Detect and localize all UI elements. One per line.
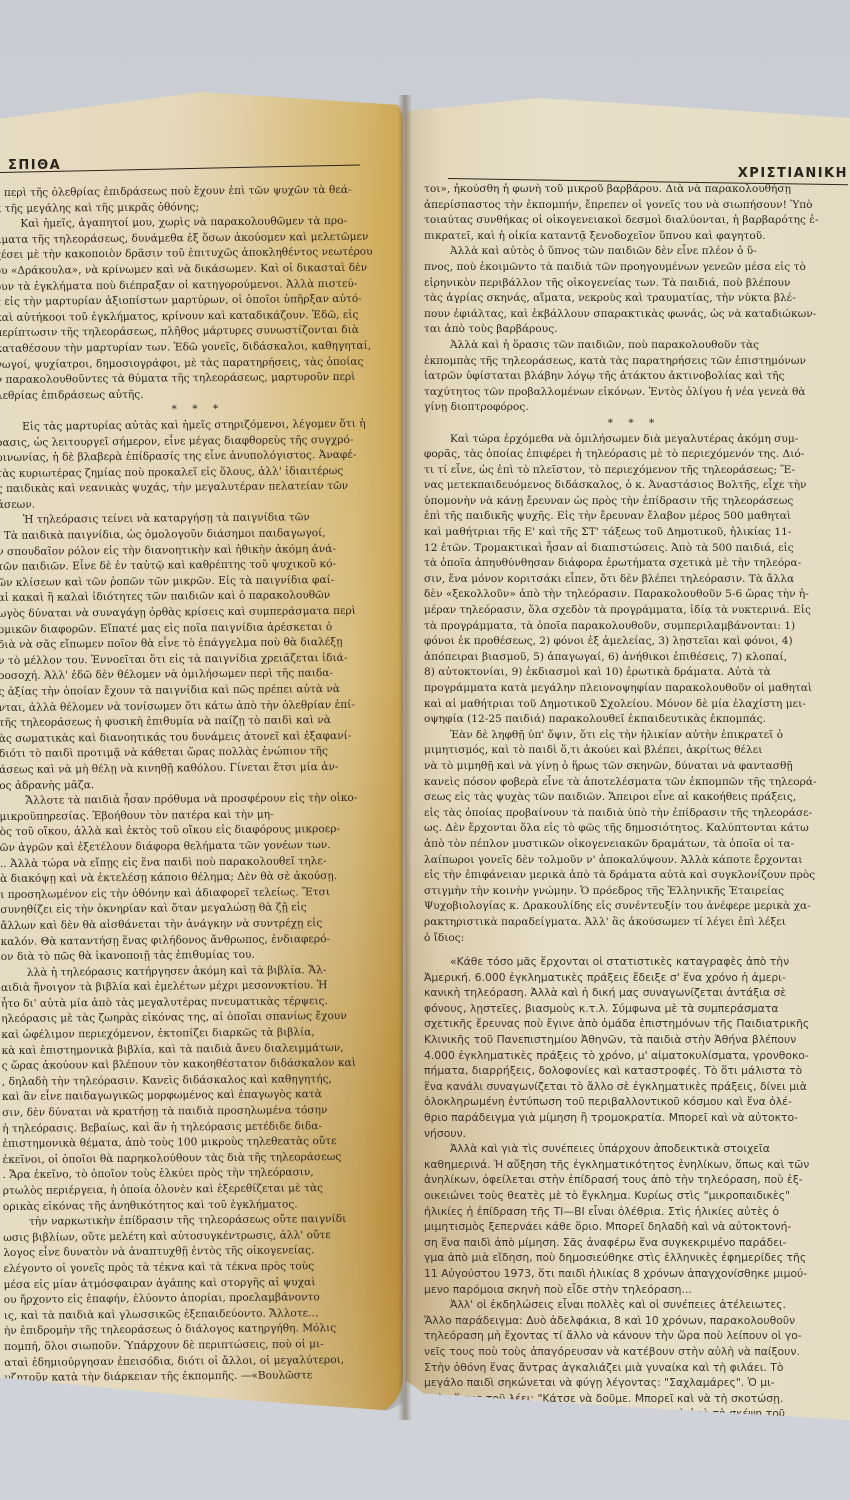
spine-gutter	[398, 95, 412, 1420]
text-line: ἐπὶ τῆς παιδικῆς ψυχῆς. Εἰς τὴν ἔρευναν …	[424, 509, 844, 525]
text-line: Ἀλλὰ καὶ αὐτὸς ὁ ὕπνος τῶν παιδιῶν δὲν ε…	[424, 244, 844, 260]
text-line: Κλινικῆς τοῦ Πανεπιστημίου Ἀθηνῶν, τὰ πα…	[424, 1032, 844, 1048]
text-line: ἀπὸ τὸν πέπλον μυστικῶν οἰκογενειακῶν δρ…	[424, 837, 844, 853]
text-line: εἰς τὴν ἐπιφάνειαν μερικὰ ἀπὸ τὰ δράματα…	[424, 868, 844, 884]
text-line: Ἄλλο παράδειγμα: Δυὸ ἀδελφάκια, 8 καὶ 10…	[424, 1313, 844, 1329]
text-line: φόνοι ἐκ προθέσεως, 2) φόνοι ἐξ ἀμελείας…	[424, 634, 844, 650]
right-page-body: τοι», ἠκούσθη ἡ φωνὴ τοῦ μικροῦ βαρβάρου…	[424, 182, 844, 1420]
section-divider: * * *	[424, 416, 844, 432]
text-line: «Κάθε τόσο μᾶς ἔρχονται οἱ στατιστικὲς κ…	[424, 954, 844, 970]
text-line: ὁλοκληρωμένη ἐντύπωση τοῦ περιβαλλοντικο…	[424, 1094, 844, 1110]
text-line: Ἀμερική. 6.000 ἐγκληματικὲς πράξεις ἔδει…	[424, 970, 844, 986]
text-line: κανεὶς πόσον φοβερὰ εἶνε τὰ ἀποτελέσματα…	[424, 775, 844, 791]
text-line: νεῖς τους ποὺ τοὺς ἀπαγόρευσαν νὰ κατέβο…	[424, 1344, 844, 1360]
text-line: δὲν «ξεκολλοῦν» ἀπὸ τὴν τηλεόρασιν. Παρα…	[424, 587, 844, 603]
text-line: τοι», ἠκούσθη ἡ φωνὴ τοῦ μικροῦ βαρβάρου…	[424, 182, 844, 198]
text-line: πικρατεῖ, καὶ ἡ οἰκία καταντᾷ ξενοδοχεῖο…	[424, 229, 844, 245]
text-line: Καὶ τώρα ἐρχόμεθα νὰ ὁμιλήσωμεν διὰ μεγα…	[424, 432, 844, 448]
left-page: ΣΠΙΘΑ ν περὶ τῆς ὀλεθρίας ἐπιδράσεως ποὺ…	[0, 92, 403, 1417]
text-line: λαίπωροι γονεῖς δὲν τολμοῦν ν' ἀποκαλύψο…	[424, 853, 844, 869]
text-line: φόνους, λῃστεῖες, βιασμοὺς κ.τ.λ. Σύμφων…	[424, 1001, 844, 1017]
text-line: τι τί εἶνε, ὡς ἐπὶ τὸ πλεῖστον, τὸ περιε…	[424, 463, 844, 479]
text-line: νήσουν.	[424, 1126, 844, 1142]
text-line: σιν, ἕνα μόνον κοριτσάκι εἶπεν, ὅτι δὲν …	[424, 572, 844, 588]
text-line: Ψυχοβιολογίας κ. Δρακουλίδης εἰς συνέντε…	[424, 899, 844, 915]
text-line: ἀπερίσπαστος τὴν ἐκπομπήν, ἔπρεπεν οἱ γο…	[424, 198, 844, 214]
text-line: ση ἕνα παιδὶ ἀπὸ μίμηση. Σᾶς ἀναφέρω ἕνα…	[424, 1235, 844, 1251]
text-line: μεγάλο παιδὶ σηκώνεται νὰ φύγῃ λέγοντας:…	[424, 1375, 844, 1391]
text-line: μέραν τηλεόρασιν, ὅλα σχεδὸν τὰ προγράμμ…	[424, 603, 844, 619]
text-line: 8) αὐτοκτονίαι, 9) ἐκδιασμοὶ καὶ 10) ἐρω…	[424, 665, 844, 681]
text-line: νας μετεκπαιδευόμενος διδάσκαλος, ὁ κ. Ἀ…	[424, 478, 844, 494]
text-line: σχετικῆς ἔρευνας ποὺ ἔγινε ἀπὸ ὁμάδα ἐπι…	[424, 1016, 844, 1032]
text-line: Ἀλλ' οἱ ἐκδηλώσεις εἶναι πολλὲς καὶ οἱ σ…	[424, 1297, 844, 1313]
text-line: 11 Αὐγούστου 1973, ὅτι παιδὶ ἡλικίας 8 χ…	[424, 1266, 844, 1282]
text-line: μενο παρόμοια σκηνὴ ποὺ εἶδε στὴν τηλεόρ…	[424, 1282, 844, 1298]
right-page: ΧΡΙΣΤΙΑΝΙΚΗ τοι», ἠκούσθη ἡ φωνὴ τοῦ μικ…	[406, 98, 850, 1420]
text-line: πήματα, διαρρήξεις, δολοφονίες καὶ κατασ…	[424, 1063, 844, 1079]
text-line: ὑπομονὴν νὰ κάνῃ ἔρευναν ὡς πρὸς τὴν ἐπί…	[424, 494, 844, 510]
text-line: τὰ προγράμματα, τὰ ὁποῖα παρακολουθοῦν, …	[424, 619, 844, 635]
text-line: τὰς ἀγρίας σκηνάς, αἵματα, νεκροὺς καὶ τ…	[424, 291, 844, 307]
text-line: μιμητισμός, καὶ τὸ παιδὶ ὅ,τι ἀκούει καὶ…	[424, 743, 844, 759]
text-line: τὰ ὁποῖα ἀπηυθύνθησαν διάφορα ἐρωτήματα …	[424, 556, 844, 572]
text-line: εἰς τὰς ὁποίας προβαίνουν τὰ παιδιὰ ὑπὸ …	[424, 806, 844, 822]
text-line: καὶ αἱ μαθήτριαι τοῦ Δημοτικοῦ Σχολείου.…	[424, 697, 844, 713]
text-line: προγράμματα κατὰ μεγάλην πλειονοψηφίαν π…	[424, 681, 844, 697]
text-line: εἰρηνικὸν περιβάλλον τῆς οἰκογενείας των…	[424, 276, 844, 292]
left-page-body: ν περὶ τῆς ὀλεθρίας ἐπιδράσεως ποὺ ἔχουν…	[0, 182, 403, 1386]
text-line: νὰ τὸ μιμηθῇ καὶ νὰ γίνῃ ὁ ἥρως τῶν σκην…	[424, 759, 844, 775]
text-line: ἡλικίες ἡ ἐπίδραση τῆς ΤΙ—ΒΙ εἶναι ὀλέθρ…	[424, 1204, 844, 1220]
text-line: πνος, ποὺ ἐκοιμῶντο τὰ παιδιὰ τῶν προηγο…	[424, 260, 844, 276]
text-line: ἐκπομπὰς τῆς τηλεοράσεως, κατὰ τὰς παρατ…	[424, 354, 844, 370]
text-line: θριο παράδειγμα γιὰ μίμηση ἢ τρομοκρατία…	[424, 1110, 844, 1126]
quote-spacer	[424, 946, 844, 954]
text-line: οψηφία (12-25 παιδιά) παρακολουθεῖ ἐκπαι…	[424, 712, 844, 728]
text-line: Στὴν ὀθόνη ἕνας ἄντρας ἀγκαλιάζει μιὰ γυ…	[424, 1360, 844, 1376]
text-line: ρακτηριστικὰ παραδείγματα. Ἀλλ' ἂς ἀκούσ…	[424, 915, 844, 931]
running-head-right: ΧΡΙΣΤΙΑΝΙΚΗ	[738, 166, 848, 181]
text-line: φορᾶς, τὰς ὁποίας ἐπιφέρει ἡ τηλεόρασις …	[424, 447, 844, 463]
text-line: υζητοῦν κατὰ τὴν διάρκειαν τῆς ἐκπομπῆς.…	[4, 1368, 403, 1387]
text-line: ἰατρῶν ὑφίσταται βλάβην λόγῳ τῆς ἀτάκτου…	[424, 369, 844, 385]
text-line: στιγμὴν τὴν κοινὴν γνώμην. Ὁ πρόεδρος τῆ…	[424, 884, 844, 900]
text-line: ἕνα κανάλι συναγωνίζεται τὸ ἄλλο σὲ ἐγκλ…	[424, 1079, 844, 1095]
text-line: καὶ μαθήτριαι τῆς Ε' καὶ τῆς ΣΤ' τάξεως …	[424, 525, 844, 541]
text-line: τηλεόραση μὴ ἔχοντας τί ἄλλο νὰ κάνουν τ…	[424, 1328, 844, 1344]
text-line: 4.000 ἐγκληματικὲς πράξεις τὸ χρόνο, μ' …	[424, 1048, 844, 1064]
text-line: οικειώνει τοὺς θεατὲς μὲ τὸ ἔγκλημα. Κυρ…	[424, 1188, 844, 1204]
text-line: ται ἀπὸ τοὺς βαρβάρους.	[424, 322, 844, 338]
text-line: κρὸς ὅμως τοῦ λέει: "Κάτσε νὰ δοῦμε. Μπο…	[424, 1391, 844, 1407]
text-line: ἀνηλίκων, ὀφείλεται στὴν ἐπίδρασή τους ἀ…	[424, 1172, 844, 1188]
text-line: Ἀλλὰ καὶ ἡ ὅρασις τῶν παιδιῶν, ποὺ παρακ…	[424, 338, 844, 354]
text-line: γίνῃ διοπτροφόρος.	[424, 400, 844, 416]
text-line: πουν ἐφιάλτας, καὶ ἐκβάλλουν σπαρακτικὰς…	[424, 307, 844, 323]
text-line: ως. Δὲν ἔρχονται ὅλα εἰς τὸ φῶς τῆς δημο…	[424, 821, 844, 837]
text-line: ἀπόπειραι βιασμοῦ, 5) ἀπαγωγαί, 6) ἀνήθι…	[424, 650, 844, 666]
text-line: μιμητισμὸς ξεπερνάει κάθε ὅριο. Μπορεῖ δ…	[424, 1219, 844, 1235]
text-line: ταχύτητος τῶν προβαλλομένων εἰκόνων. Ἐντ…	[424, 385, 844, 401]
text-line: γμα ἀπὸ μιὰ εἴδηση, ποὺ δημοσιεύθηκε στὶ…	[424, 1250, 844, 1266]
text-line: καθημερινά. Ἡ αὔξηση τῆς ἐγκληματικότητο…	[424, 1157, 844, 1173]
text-line: Ἀλλὰ καὶ γιὰ τὶς συνέπειες ὑπάρχουν ἀποδ…	[424, 1141, 844, 1157]
text-line: κανικὴ τηλεόραση. Ἀλλὰ καὶ ἡ δική μας συ…	[424, 985, 844, 1001]
text-line: σεως εἰς τὰς ψυχὰς τῶν παιδιῶν. Ἄπειροι …	[424, 790, 844, 806]
text-line: 12 ἐτῶν. Τρομακτικαὶ ἦσαν αἱ διαπιστώσει…	[424, 541, 844, 557]
text-line: Ἐὰν δὲ ληφθῇ ὑπ' ὄψιν, ὅτι εἰς τὴν ἡλικί…	[424, 728, 844, 744]
text-line: τοιαύτας συνθήκας οἱ οἰκογενειακοὶ δεσμο…	[424, 213, 844, 229]
text-line: Κι' ἂν τύχῃ καὶ δὲν περάσῃ κάτι τὸ ἐγκλη…	[424, 1406, 844, 1420]
text-line: ὁ ἴδιος:	[424, 931, 844, 947]
